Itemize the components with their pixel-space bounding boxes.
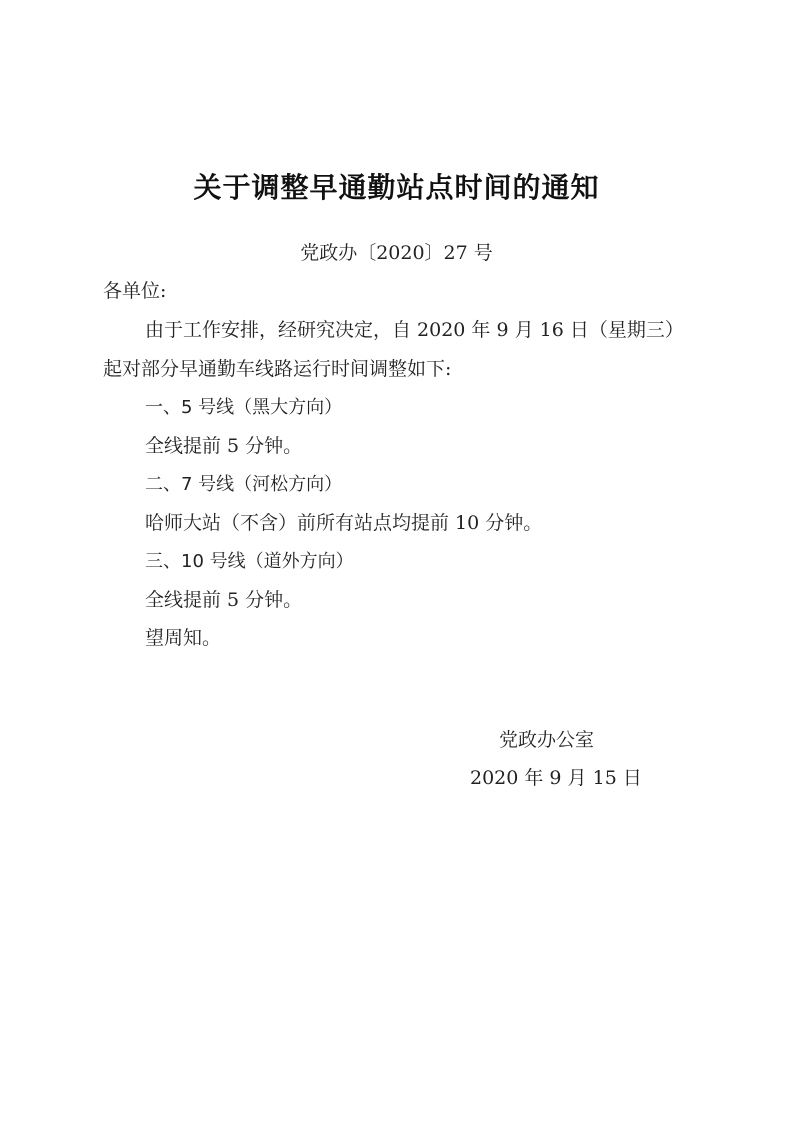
section-heading-2: 二、7 号线（河松方向） <box>145 470 342 496</box>
signature-office: 党政办公室 <box>499 725 594 752</box>
section-content-3: 全线提前 5 分钟。 <box>145 585 302 612</box>
section-content-1: 全线提前 5 分钟。 <box>145 431 302 458</box>
document-page: 关于调整早通勤站点时间的通知 党政办〔2020〕27 号 各单位: 由于工作安排… <box>0 0 793 1122</box>
intro-line-2: 起对部分早通勤车线路运行时间调整如下: <box>103 354 451 381</box>
section-content-2: 哈师大站（不含）前所有站点均提前 10 分钟。 <box>145 508 542 535</box>
signature-date: 2020 年 9 月 15 日 <box>470 763 642 790</box>
section-heading-3: 三、10 号线（道外方向） <box>145 547 354 573</box>
salutation: 各单位: <box>103 276 166 303</box>
document-number: 党政办〔2020〕27 号 <box>0 238 793 265</box>
document-title: 关于调整早通勤站点时间的通知 <box>0 166 793 206</box>
section-heading-1: 一、5 号线（黑大方向） <box>145 393 342 419</box>
intro-line-1: 由于工作安排，经研究决定，自 2020 年 9 月 16 日（星期三） <box>145 315 684 342</box>
closing-remark: 望周知。 <box>145 623 221 650</box>
